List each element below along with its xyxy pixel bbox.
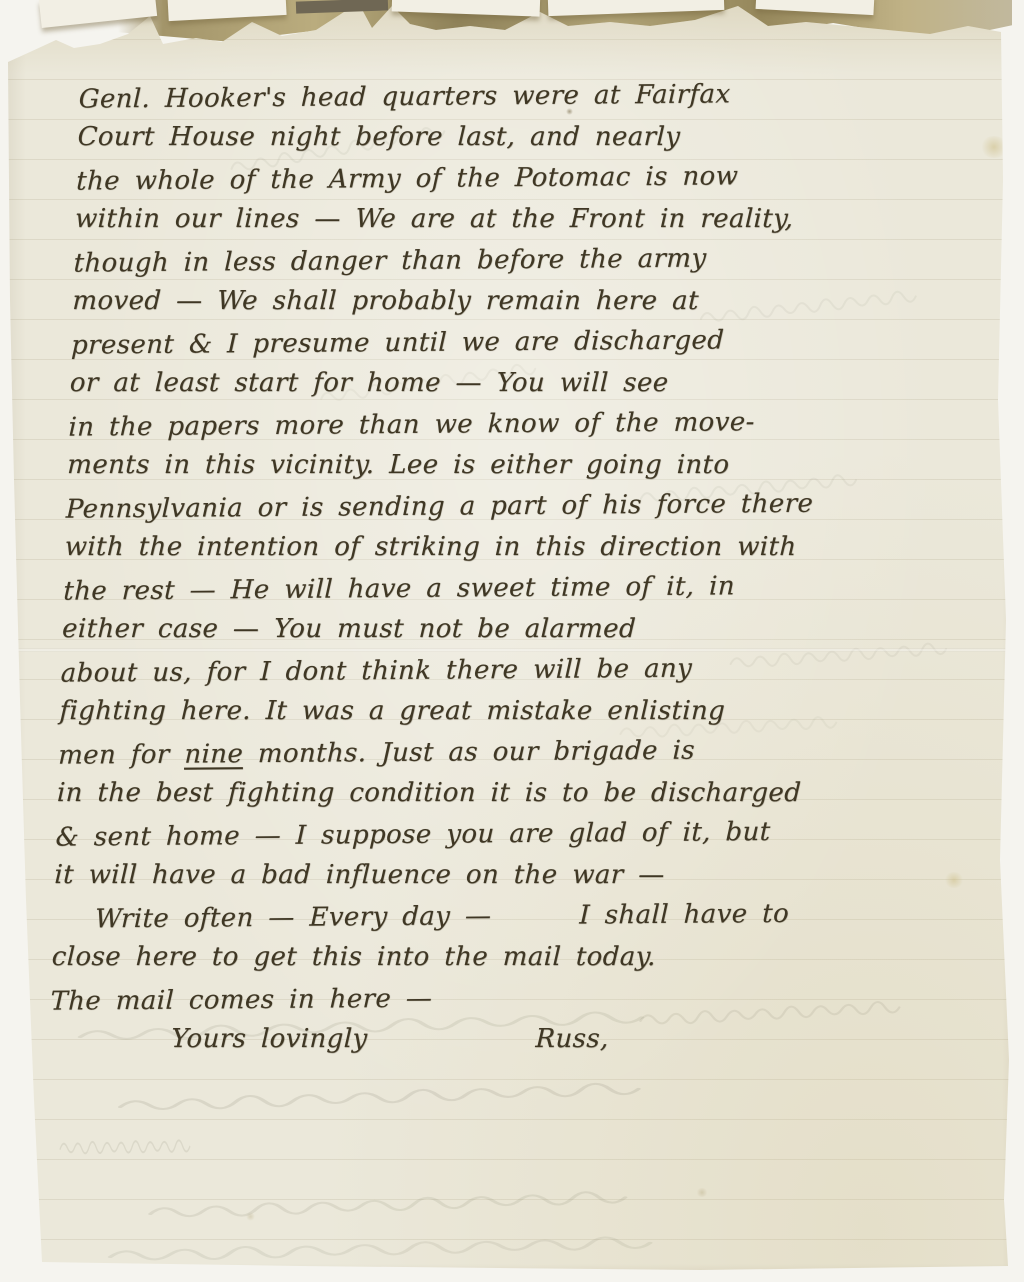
letter-line-text: men for (58, 740, 185, 771)
letter-line: or at least start for home — You will se… (69, 363, 990, 404)
letter-line-text: in the papers more than we know of the m… (68, 407, 755, 442)
scanned-letter-page: Genl. Hooker's head quarters were at Fai… (0, 0, 1024, 1282)
letter-line-text: the whole of the Army of the Potomac is … (76, 161, 739, 196)
letter-line-text: fighting here. It was a great mistake en… (59, 696, 726, 726)
letter-line: about us, for I dont think there will be… (60, 646, 981, 694)
signature: Russ, (535, 1024, 609, 1054)
letter-line-text: moved — We shall probably remain here at (72, 286, 700, 316)
letter-line: within our lines — We are at the Front i… (74, 199, 995, 240)
letter-line-text: about us, for I dont think there will be… (60, 654, 692, 689)
letter-line: moved — We shall probably remain here at (72, 281, 993, 322)
letter-text: Genl. Hooker's head quarters were at Fai… (49, 74, 1000, 1061)
letter-line-text: Write often — Every day — I shall have t… (95, 899, 790, 934)
letter-line: close here to get this into the mail tod… (51, 937, 972, 978)
letter-line: in the best fighting condition it is to … (56, 773, 977, 814)
letter-line: men for nine months. Just as our brigade… (58, 728, 979, 776)
letter-line: either case — You must not be alarmed (61, 609, 982, 650)
letter-line: present & I presume until we are dischar… (70, 318, 991, 366)
letter-line-text: Pennsylvania or is sending a part of his… (65, 489, 813, 525)
stain-spot (696, 1188, 708, 1197)
letter-line: ments in this vicinity. Lee is either go… (67, 445, 988, 486)
closing-phrase: Yours lovingly (171, 1024, 368, 1054)
letter-line-text: within our lines — We are at the Front i… (75, 204, 794, 234)
letter-line-text: & sent home — I suppose you are glad of … (55, 817, 771, 853)
letter-line: The mail comes in here — (50, 974, 971, 1022)
letter-line-text: in the best fighting condition it is to … (56, 778, 801, 808)
letter-line-text: close here to get this into the mail tod… (51, 942, 656, 972)
letter-line-text: though in less danger than before the ar… (73, 244, 707, 279)
stain-spot (246, 1212, 255, 1221)
letter-line-text: Genl. Hooker's head quarters were at Fai… (78, 79, 731, 114)
letter-line-text: Court House night before last, and nearl… (77, 122, 681, 152)
letter-line-text: months. Just as our brigade is (243, 736, 696, 770)
underlined-word: nine (184, 739, 244, 769)
letter-line: though in less danger than before the ar… (73, 236, 994, 284)
letter-line-text: it will have a bad influence on the war … (54, 860, 665, 890)
letter-line: Write often — Every day — I shall have t… (52, 892, 973, 940)
letter-line-text: present & I presume until we are dischar… (71, 325, 725, 360)
letter-line: fighting here. It was a great mistake en… (59, 691, 980, 732)
letter-line-text: the rest — He will have a sweet time of … (63, 571, 735, 606)
letter-line: it will have a bad influence on the war … (54, 855, 975, 896)
letter-line: Yours lovinglyRuss, (49, 1019, 970, 1060)
letter-line-text: either case — You must not be alarmed (62, 614, 637, 644)
letter-line: Genl. Hooker's head quarters were at Fai… (78, 72, 999, 120)
letter-line-text: or at least start for home — You will se… (69, 368, 669, 398)
letter-line-text: with the intention of striking in this d… (64, 532, 797, 562)
letter-line: in the papers more than we know of the m… (68, 400, 989, 448)
letter-line-text: ments in this vicinity. Lee is either go… (67, 450, 730, 480)
letter-line: with the intention of striking in this d… (64, 527, 985, 568)
letter-line: the rest — He will have a sweet time of … (63, 564, 984, 612)
letter-paper: Genl. Hooker's head quarters were at Fai… (0, 0, 1024, 1282)
letter-line: Pennsylvania or is sending a part of his… (65, 482, 986, 530)
letter-line: the whole of the Army of the Potomac is … (76, 154, 997, 202)
letter-line: Court House night before last, and nearl… (77, 117, 998, 158)
letter-line: & sent home — I suppose you are glad of … (55, 810, 976, 858)
letter-line-text: The mail comes in here — (50, 984, 433, 1017)
